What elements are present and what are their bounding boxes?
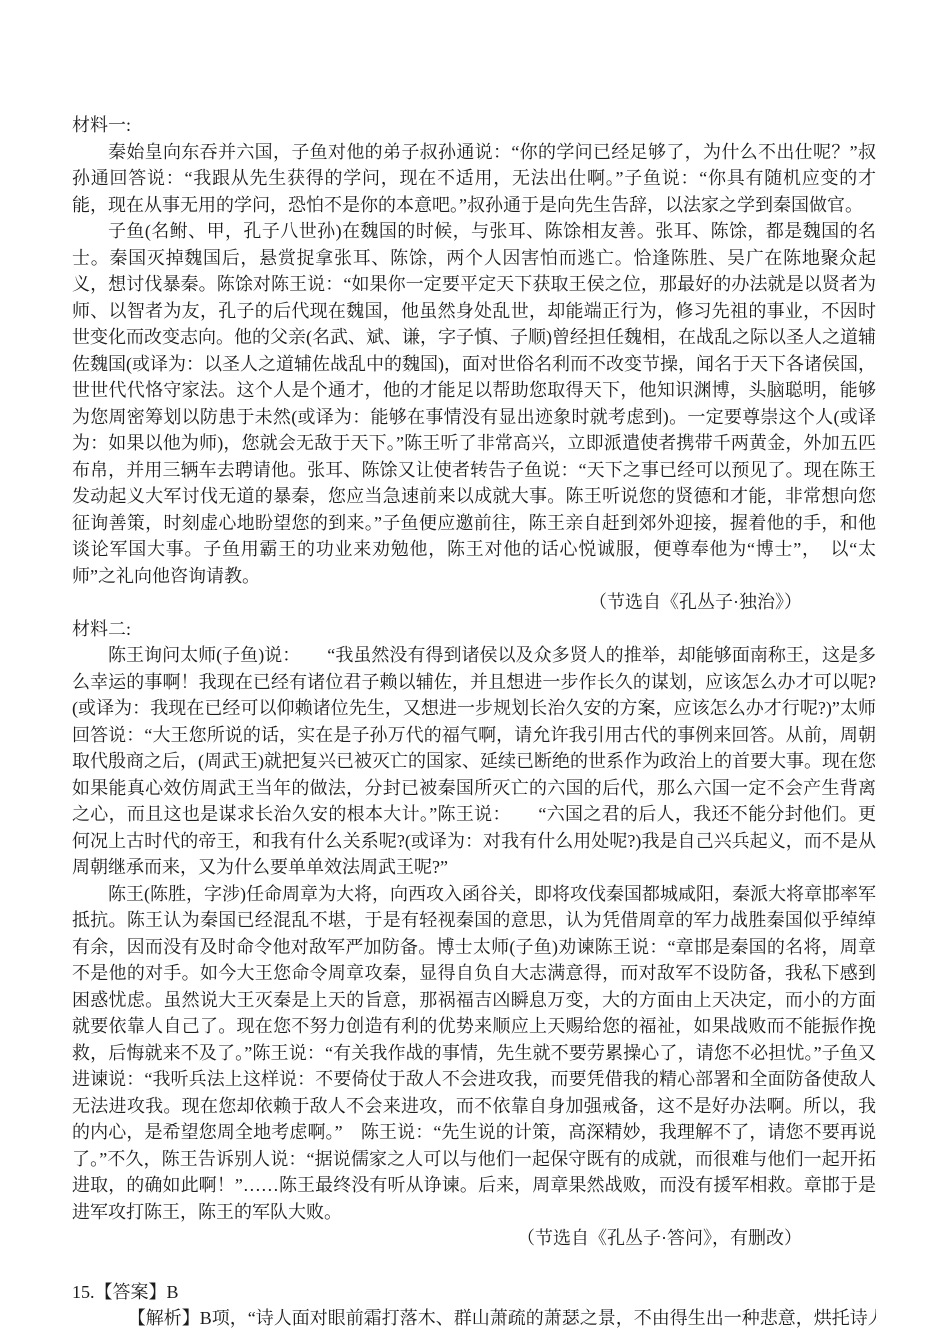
document-page: 材料一: 秦始皇向东吞并六国，子鱼对他的弟子叔孙通说：“你的学问已经足够了，为什… (0, 0, 950, 1344)
material2-label: 材料二: (72, 616, 876, 643)
material2-paragraph-1: 陈王询问太师(子鱼)说： “我虽然没有得到诸侯以及众多贤人的推举，却能够面南称王… (72, 642, 876, 881)
material2-citation: （节选自《孔丛子·答问》，有删改） (72, 1225, 876, 1252)
material2-paragraph-2: 陈王(陈胜，字涉)任命周章为大将，向西攻入函谷关，即将攻伐秦国都城咸阳，秦派大将… (72, 881, 876, 1226)
material1-citation: （节选自《孔丛子·独治》） (72, 589, 876, 616)
material1-paragraph-1: 秦始皇向东吞并六国，子鱼对他的弟子叔孙通说：“你的学问已经足够了，为什么不出仕呢… (72, 139, 876, 219)
question-15-analysis: 【解析】B项，“诗人面对眼前霜打落木、群山萧疏的萧瑟之景，不由得生出一种悲意，烘… (72, 1305, 876, 1332)
material1-paragraph-2: 子鱼(名鲋、甲，孔子八世孙)在魏国的时候，与张耳、陈馀相友善。张耳、陈馀，都是魏… (72, 218, 876, 589)
material1-label: 材料一: (72, 112, 876, 139)
answer-section: 15.【答案】B 【解析】B项，“诗人面对眼前霜打落木、群山萧疏的萧瑟之景，不由… (72, 1279, 876, 1332)
question-15-answer: 15.【答案】B (72, 1279, 876, 1306)
